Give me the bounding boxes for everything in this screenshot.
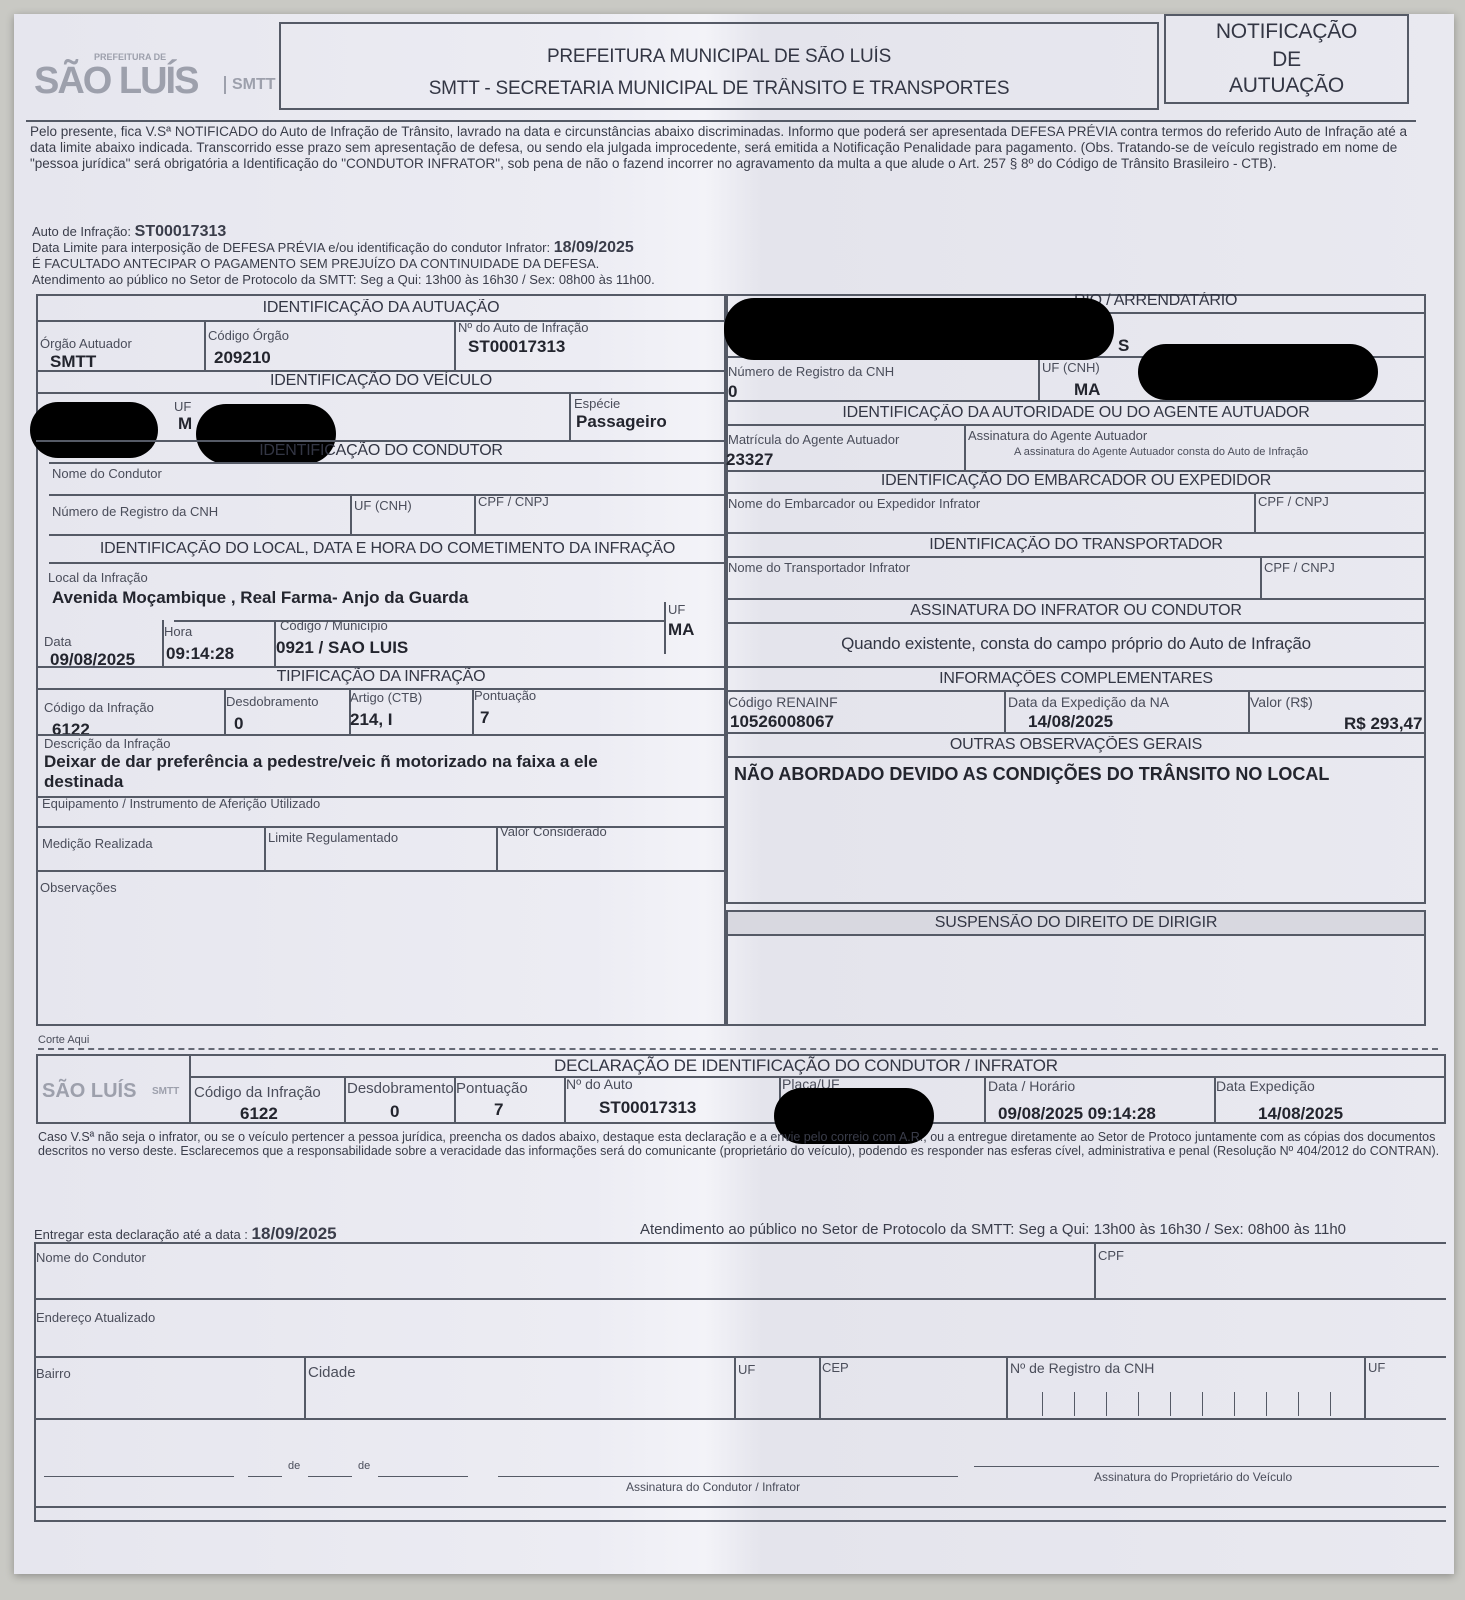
proprietario-uf-label: UF (CNH) xyxy=(1042,360,1100,375)
cnh-digit-separator xyxy=(1138,1392,1139,1416)
cnh-digit-separator xyxy=(1074,1392,1075,1416)
condutor-cpf-label: CPF / CNPJ xyxy=(478,494,549,509)
header-title-line2: SMTT - SECRETARIA MUNICIPAL DE TRÂNSITO … xyxy=(281,78,1157,100)
observacoes-gerais-value: NÃO ABORDADO DEVIDO AS CONDIÇÕES DO TRÂN… xyxy=(734,764,1329,785)
decl-uf2-field[interactable] xyxy=(1368,1384,1438,1412)
intro-text: Pelo presente, fica V.Sª NOTIFICADO do A… xyxy=(30,124,1420,172)
valor-considerado-label: Valor Considerado xyxy=(500,824,607,839)
doc-type-line2: DE xyxy=(1166,48,1407,72)
hora-label: Hora xyxy=(164,624,192,639)
decl-cpf-label: CPF xyxy=(1098,1248,1124,1263)
redacted-owner-cpf xyxy=(1138,344,1378,400)
decl-cnh-label: Nº de Registro da CNH xyxy=(1010,1360,1154,1376)
section-title-embarcador: IDENTIFICAÇÃO DO EMBARCADOR OU EXPEDIDOR xyxy=(726,472,1426,490)
atendimento-text: Atendimento ao público no Setor de Proto… xyxy=(32,272,932,288)
section-title-condutor: IDENTIFICAÇÃO DO CONDUTOR xyxy=(36,442,726,460)
municipio-label: Código / Município xyxy=(280,618,388,633)
veiculo-uf-value: M xyxy=(178,414,192,434)
sig-condutor-label: Assinatura do Condutor / Infrator xyxy=(626,1480,800,1494)
artigo-label: Artigo (CTB) xyxy=(350,690,422,705)
decl-uf-label: UF xyxy=(738,1362,755,1377)
decl-cnh-field[interactable] xyxy=(1010,1380,1360,1416)
decl-auto-value: ST00017313 xyxy=(599,1098,696,1118)
cnh-digit-separator xyxy=(1106,1392,1107,1416)
matricula-value: 23327 xyxy=(726,450,773,470)
cnh-digit-separator xyxy=(1042,1392,1043,1416)
decl-codigo-label: Código da Infração xyxy=(194,1084,321,1101)
cut-line xyxy=(38,1048,1438,1050)
artigo-value: 214, I xyxy=(350,710,393,730)
section-title-agente: IDENTIFICAÇÃO DA AUTORIDADE OU DO AGENTE… xyxy=(726,404,1426,422)
decl-cpf-field[interactable] xyxy=(1098,1266,1428,1296)
local-uf-label: UF xyxy=(668,602,685,617)
embarcador-cpf-label: CPF / CNPJ xyxy=(1258,494,1329,509)
orgao-label: Órgão Autuador xyxy=(40,336,132,351)
declaracao-logo: SÃO LUÍS SMTT xyxy=(42,1074,192,1114)
valor-label: Valor (R$) xyxy=(1250,694,1313,710)
codigo-orgao-label: Código Órgão xyxy=(208,328,289,343)
embarcador-nome-label: Nome do Embarcador ou Expedidor Infrator xyxy=(728,496,980,511)
header-title-line1: PREFEITURA MUNICIPAL DE SÃO LUÍS xyxy=(281,46,1157,68)
condutor-cnh-label: Número de Registro da CNH xyxy=(52,504,218,519)
decl-pontuacao-value: 7 xyxy=(494,1100,503,1120)
date-field[interactable] xyxy=(44,1454,468,1478)
matricula-label: Matrícula do Agente Autuador xyxy=(728,432,899,447)
decl-nome-field[interactable] xyxy=(36,1266,1086,1296)
municipio-value: 0921 / SAO LUIS xyxy=(276,638,408,658)
veiculo-uf-label: UF xyxy=(174,399,191,414)
section-title-transportador: IDENTIFICAÇÃO DO TRANSPORTADOR xyxy=(726,536,1426,554)
transportador-cpf-label: CPF / CNPJ xyxy=(1264,560,1335,575)
section-title-autuacao: IDENTIFICAÇÃO DA AUTUAÇÃO xyxy=(36,299,726,317)
local-value: Avenida Moçambique , Real Farma- Anjo da… xyxy=(52,588,468,608)
descricao-label: Descrição da Infração xyxy=(44,736,170,751)
local-uf-value: MA xyxy=(668,620,694,640)
decl-endereco-label: Endereço Atualizado xyxy=(36,1310,155,1325)
deadline-label: Data Limite para interposição de DEFESA … xyxy=(32,240,550,255)
transportador-nome-label: Nome do Transportador Infrator xyxy=(728,560,910,575)
decl-expedicao-value: 14/08/2025 xyxy=(1258,1104,1343,1124)
desdobramento-value: 0 xyxy=(234,714,243,734)
cnh-digit-separator xyxy=(1234,1392,1235,1416)
desdobramento-label: Desdobramento xyxy=(226,694,319,709)
decl-cidade-label: Cidade xyxy=(308,1364,356,1381)
section-title-declaracao: DECLARAÇÃO DE IDENTIFICAÇÃO DO CONDUTOR … xyxy=(554,1056,1058,1076)
especie-label: Espécie xyxy=(574,396,620,411)
auto-infracao-value: ST00017313 xyxy=(468,337,565,357)
descricao-value: Deixar de dar preferência a pedestre/vei… xyxy=(44,752,654,792)
proprietario-partial: S xyxy=(1118,336,1129,356)
decl-datahora-value: 09/08/2025 09:14:28 xyxy=(998,1104,1156,1124)
sig-proprietario-label: Assinatura do Proprietário do Veículo xyxy=(1094,1470,1292,1484)
limite-label: Limite Regulamentado xyxy=(268,830,398,845)
corte-aqui-label: Corte Aqui xyxy=(38,1034,89,1046)
condutor-uf-label: UF (CNH) xyxy=(354,498,412,513)
assinatura-agente-label: Assinatura do Agente Autuador xyxy=(968,428,1147,443)
proprietario-uf-value: MA xyxy=(1074,380,1100,400)
expedicao-na-value: 14/08/2025 xyxy=(1028,712,1113,732)
decl-cep-field[interactable] xyxy=(822,1384,1002,1412)
decl-expedicao-label: Data Expedição xyxy=(1216,1078,1315,1094)
cnh-digit-separator xyxy=(1330,1392,1331,1416)
section-title-assinatura: ASSINATURA DO INFRATOR OU CONDUTOR xyxy=(726,602,1426,620)
redacted-owner-name xyxy=(724,298,1114,360)
section-title-veiculo: IDENTIFICAÇÃO DO VEÍCULO xyxy=(36,372,726,390)
decl-nome-label: Nome do Condutor xyxy=(36,1250,146,1265)
section-title-observacoes-gerais: OUTRAS OBSERVAÇÕES GERAIS xyxy=(726,736,1426,754)
decl-codigo-value: 6122 xyxy=(240,1104,278,1124)
pontuacao-label: Pontuação xyxy=(474,688,536,703)
decl-cidade-field[interactable] xyxy=(308,1384,728,1412)
declaracao-logo-main: SÃO LUÍS xyxy=(42,1080,136,1103)
decl-bairro-label: Bairro xyxy=(36,1366,71,1381)
decl-uf-field[interactable] xyxy=(738,1384,816,1412)
entregar-label: Entregar esta declaração até a data : xyxy=(34,1227,248,1242)
sig-proprietario-field[interactable] xyxy=(974,1440,1439,1468)
proprietario-cnh-value: 0 xyxy=(728,382,737,402)
local-label: Local da Infração xyxy=(48,570,148,585)
auto-infracao-label: Nº do Auto de Infração xyxy=(458,320,589,335)
expedicao-na-label: Data da Expedição da NA xyxy=(1008,694,1169,710)
logo: PREFEITURA DE SÃO LUÍS SMTT xyxy=(24,44,274,114)
declaracao-logo-sub: SMTT xyxy=(152,1086,179,1097)
cnh-digit-separator xyxy=(1202,1392,1203,1416)
assinatura-agente-note: A assinatura do Agente Autuador consta d… xyxy=(1014,446,1308,458)
decl-desdobramento-value: 0 xyxy=(390,1102,399,1122)
decl-bairro-field[interactable] xyxy=(36,1384,296,1412)
doc-type-line3: AUTUAÇÃO xyxy=(1166,74,1407,98)
proprietario-cnh-label: Número de Registro da CNH xyxy=(728,364,894,379)
deadline-value: 18/09/2025 xyxy=(554,239,634,256)
assinatura-note: Quando existente, consta do campo própri… xyxy=(726,634,1426,654)
cnh-digit-separator xyxy=(1170,1392,1171,1416)
auto-label: Auto de Infração: xyxy=(32,224,131,239)
data-label: Data xyxy=(44,634,71,649)
sig-condutor-field[interactable] xyxy=(498,1450,958,1478)
pontuacao-value: 7 xyxy=(480,708,489,728)
decl-pontuacao-label: Pontuação xyxy=(456,1080,528,1097)
cnh-digit-separator xyxy=(1266,1392,1267,1416)
decl-atendimento: Atendimento ao público no Setor de Proto… xyxy=(640,1222,1346,1238)
decl-cep-label: CEP xyxy=(822,1360,849,1375)
entregar-row: Entregar esta declaração até a data : 18… xyxy=(34,1226,337,1243)
orgao-value: SMTT xyxy=(50,352,96,372)
decl-instructions: Caso V.Sª não seja o infrator, ou se o v… xyxy=(38,1130,1444,1158)
facultado-text: É FACULTADO ANTECIPAR O PAGAMENTO SEM PR… xyxy=(32,256,932,272)
equipamento-label: Equipamento / Instrumento de Aferição Ut… xyxy=(42,796,320,811)
codigo-orgao-value: 209210 xyxy=(214,348,271,368)
observacoes-label: Observações xyxy=(40,880,117,895)
medicao-label: Medição Realizada xyxy=(42,836,153,851)
entregar-value: 18/09/2025 xyxy=(252,1224,337,1243)
section-title-complementares: INFORMAÇÕES COMPLEMENTARES xyxy=(726,670,1426,688)
renainf-value: 10526008067 xyxy=(730,712,834,732)
logo-main-text: SÃO LUÍS xyxy=(34,60,197,103)
doc-type-line1: NOTIFICAÇÃO xyxy=(1166,20,1407,44)
hora-value: 09:14:28 xyxy=(166,644,234,664)
logo-sub-text: SMTT xyxy=(224,76,276,94)
decl-datahora-label: Data / Horário xyxy=(988,1078,1075,1094)
section-title-local: IDENTIFICAÇÃO DO LOCAL, DATA E HORA DO C… xyxy=(49,540,726,558)
auto-value: ST00017313 xyxy=(135,223,227,240)
condutor-nome-label: Nome do Condutor xyxy=(52,466,162,481)
auto-info: Auto de Infração: ST00017313 Data Limite… xyxy=(32,224,932,288)
decl-endereco-field[interactable] xyxy=(36,1326,1436,1354)
section-title-suspensao: SUSPENSÃO DO DIREITO DE DIRIGIR xyxy=(726,914,1426,932)
codigo-infracao-label: Código da Infração xyxy=(44,700,154,715)
notification-document: PREFEITURA DE SÃO LUÍS SMTT PREFEITURA M… xyxy=(14,14,1454,1574)
renainf-label: Código RENAINF xyxy=(728,694,838,710)
decl-auto-label: Nº do Auto xyxy=(566,1076,633,1092)
especie-value: Passageiro xyxy=(576,412,667,432)
cnh-digit-separator xyxy=(1298,1392,1299,1416)
doc-type-box: NOTIFICAÇÃO DE AUTUAÇÃO xyxy=(1164,14,1409,104)
section-title-tipificacao: TIPIFICAÇÃO DA INFRAÇÃO xyxy=(36,668,726,686)
valor-value: R$ 293,47 xyxy=(1344,714,1422,734)
decl-desdobramento-label: Desdobramento xyxy=(347,1080,454,1097)
header-title-box: PREFEITURA MUNICIPAL DE SÃO LUÍS SMTT - … xyxy=(279,22,1159,110)
decl-uf2-label: UF xyxy=(1368,1360,1385,1375)
